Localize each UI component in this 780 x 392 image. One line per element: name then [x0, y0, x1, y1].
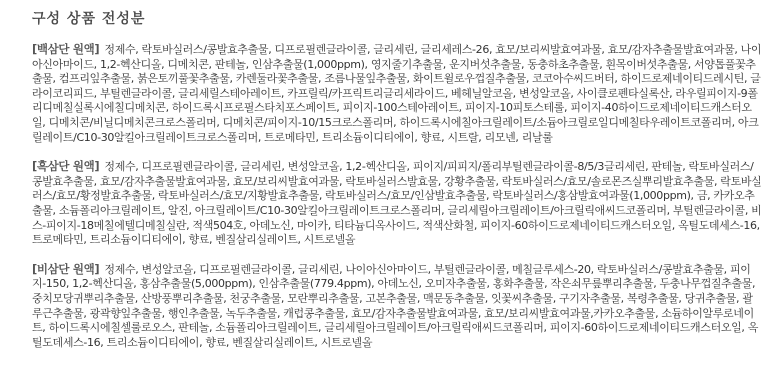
page-title: 구성 상품 전성분 — [32, 10, 762, 28]
ingredient-section-bisamdan: [비삼단 원액] 정제수, 변성알코올, 디프로필렌글라이콜, 글리세린, 나이… — [32, 262, 762, 351]
section-label: [흑삼단 원액] — [32, 159, 99, 173]
ingredient-list: 정제수, 디프로필렌글라이콜, 글리세린, 변성알코올, 1,2-헥산디올, 피… — [32, 160, 761, 246]
section-label: [백삼단 원액] — [32, 42, 99, 56]
ingredient-section-baeksamdan: [백삼단 원액] 정제수, 락토바실러스/콩발효추출물, 디프로필렌글라이콜, … — [32, 42, 762, 145]
ingredient-list: 정제수, 변성알코올, 디프로필렌글라이콜, 글리세린, 나이아신아마이드, 부… — [32, 263, 758, 349]
ingredient-section-heuksamdan: [흑삼단 원액] 정제수, 디프로필렌글라이콜, 글리세린, 변성알코올, 1,… — [32, 159, 762, 248]
ingredients-document: 구성 상품 전성분 [백삼단 원액] 정제수, 락토바실러스/콩발효추출물, 디… — [0, 0, 780, 350]
section-label: [비삼단 원액] — [32, 262, 99, 276]
ingredient-list: 정제수, 락토바실러스/콩발효추출물, 디프로필렌글라이콜, 글리세린, 글리세… — [32, 43, 761, 144]
